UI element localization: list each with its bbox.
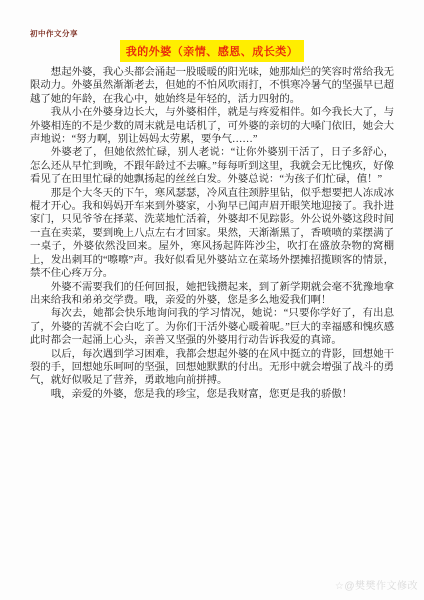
essay-paragraph: 外婆老了，但她依然忙碌，别人老说：“让你外婆别干活了，日子多舒心，怎么还从早忙到… — [30, 146, 394, 186]
essay-paragraph: 那是个大冬天的下午，寒风瑟瑟，冷风直往颈脖里钻，似乎想要把人冻成冰棍才开心。我和… — [30, 187, 394, 281]
essay-title: 我的外婆（亲情、感恩、成长类） — [120, 40, 305, 62]
essay-body: 想起外婆，我心头都会涌起一股暖暖的阳光味，她那灿烂的笑容时常给我无限动力。外婆虽… — [30, 66, 394, 401]
page-header-label: 初中作文分享 — [30, 28, 78, 39]
essay-paragraph: 以后，每次遇到学习困难，我都会想起外婆的在风中挺立的背影，回想她干裂的手，回想她… — [30, 348, 394, 388]
essay-paragraph: 哦，亲爱的外婆，您是我的珍宝，您是我财富，您更是我的骄傲！ — [30, 388, 394, 401]
essay-paragraph: 外婆不需要我们的任何回报，她把钱攒起来，到了新学期就会毫不犹豫地拿出来给我和弟弟… — [30, 281, 394, 308]
essay-page: 初中作文分享 我的外婆（亲情、感恩、成长类） 想起外婆，我心头都会涌起一股暖暖的… — [0, 0, 424, 600]
essay-paragraph: 每次去，她都会快乐地询问我的学习情况，她说：“只要你学好了，有出息了，外婆的苦就… — [30, 307, 394, 347]
watermark: ☆@樊樊作文修改 — [335, 577, 418, 592]
essay-paragraph: 想起外婆，我心头都会涌起一股暖暖的阳光味，她那灿烂的笑容时常给我无限动力。外婆虽… — [30, 66, 394, 106]
essay-paragraph: 我从小在外婆身边长大，与外婆相伴，就是与疼爱相伴。如今我长大了，与外婆相连的不是… — [30, 106, 394, 146]
title-row: 我的外婆（亲情、感恩、成长类） — [0, 40, 424, 62]
